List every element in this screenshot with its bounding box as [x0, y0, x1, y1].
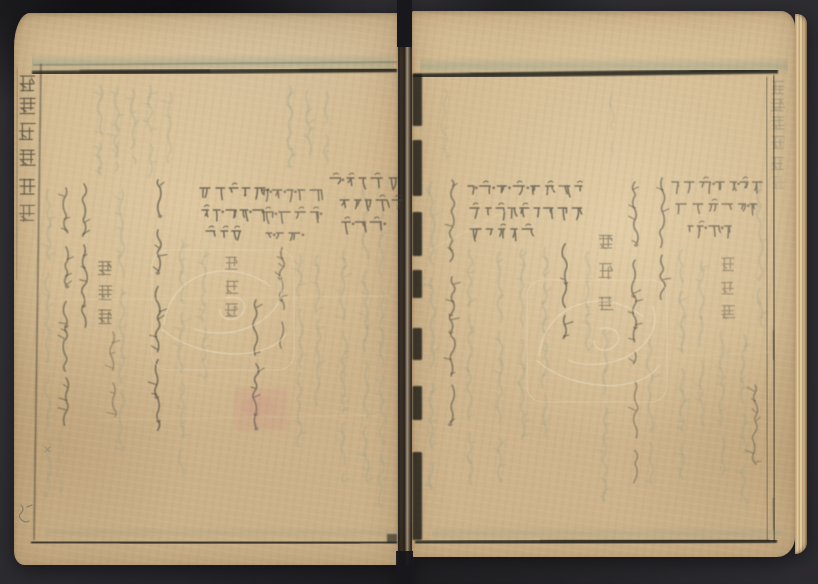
- verso-showthrough-columns: [42, 86, 767, 507]
- spine-title-glyphs: [19, 76, 35, 221]
- ink-layer: [0, 0, 818, 584]
- photo-background: 四體合璧文鑑 ཐལ་བ་དང་ཆང་གི་ཛོས་ཀྱི་སྐོར སྐུ་གས…: [0, 0, 818, 584]
- marginalia-marks: [19, 0, 770, 584]
- tibetan-text-blocks: [200, 173, 762, 241]
- page-frames: [16, 62, 778, 545]
- book-spread: 四體合璧文鑑 ཐལ་བ་དང་ཆང་གི་ཛོས་ཀྱི་སྐོར སྐུ་གས…: [0, 0, 818, 584]
- blind-stamp: [527, 280, 667, 402]
- blind-stamp: [152, 250, 294, 370]
